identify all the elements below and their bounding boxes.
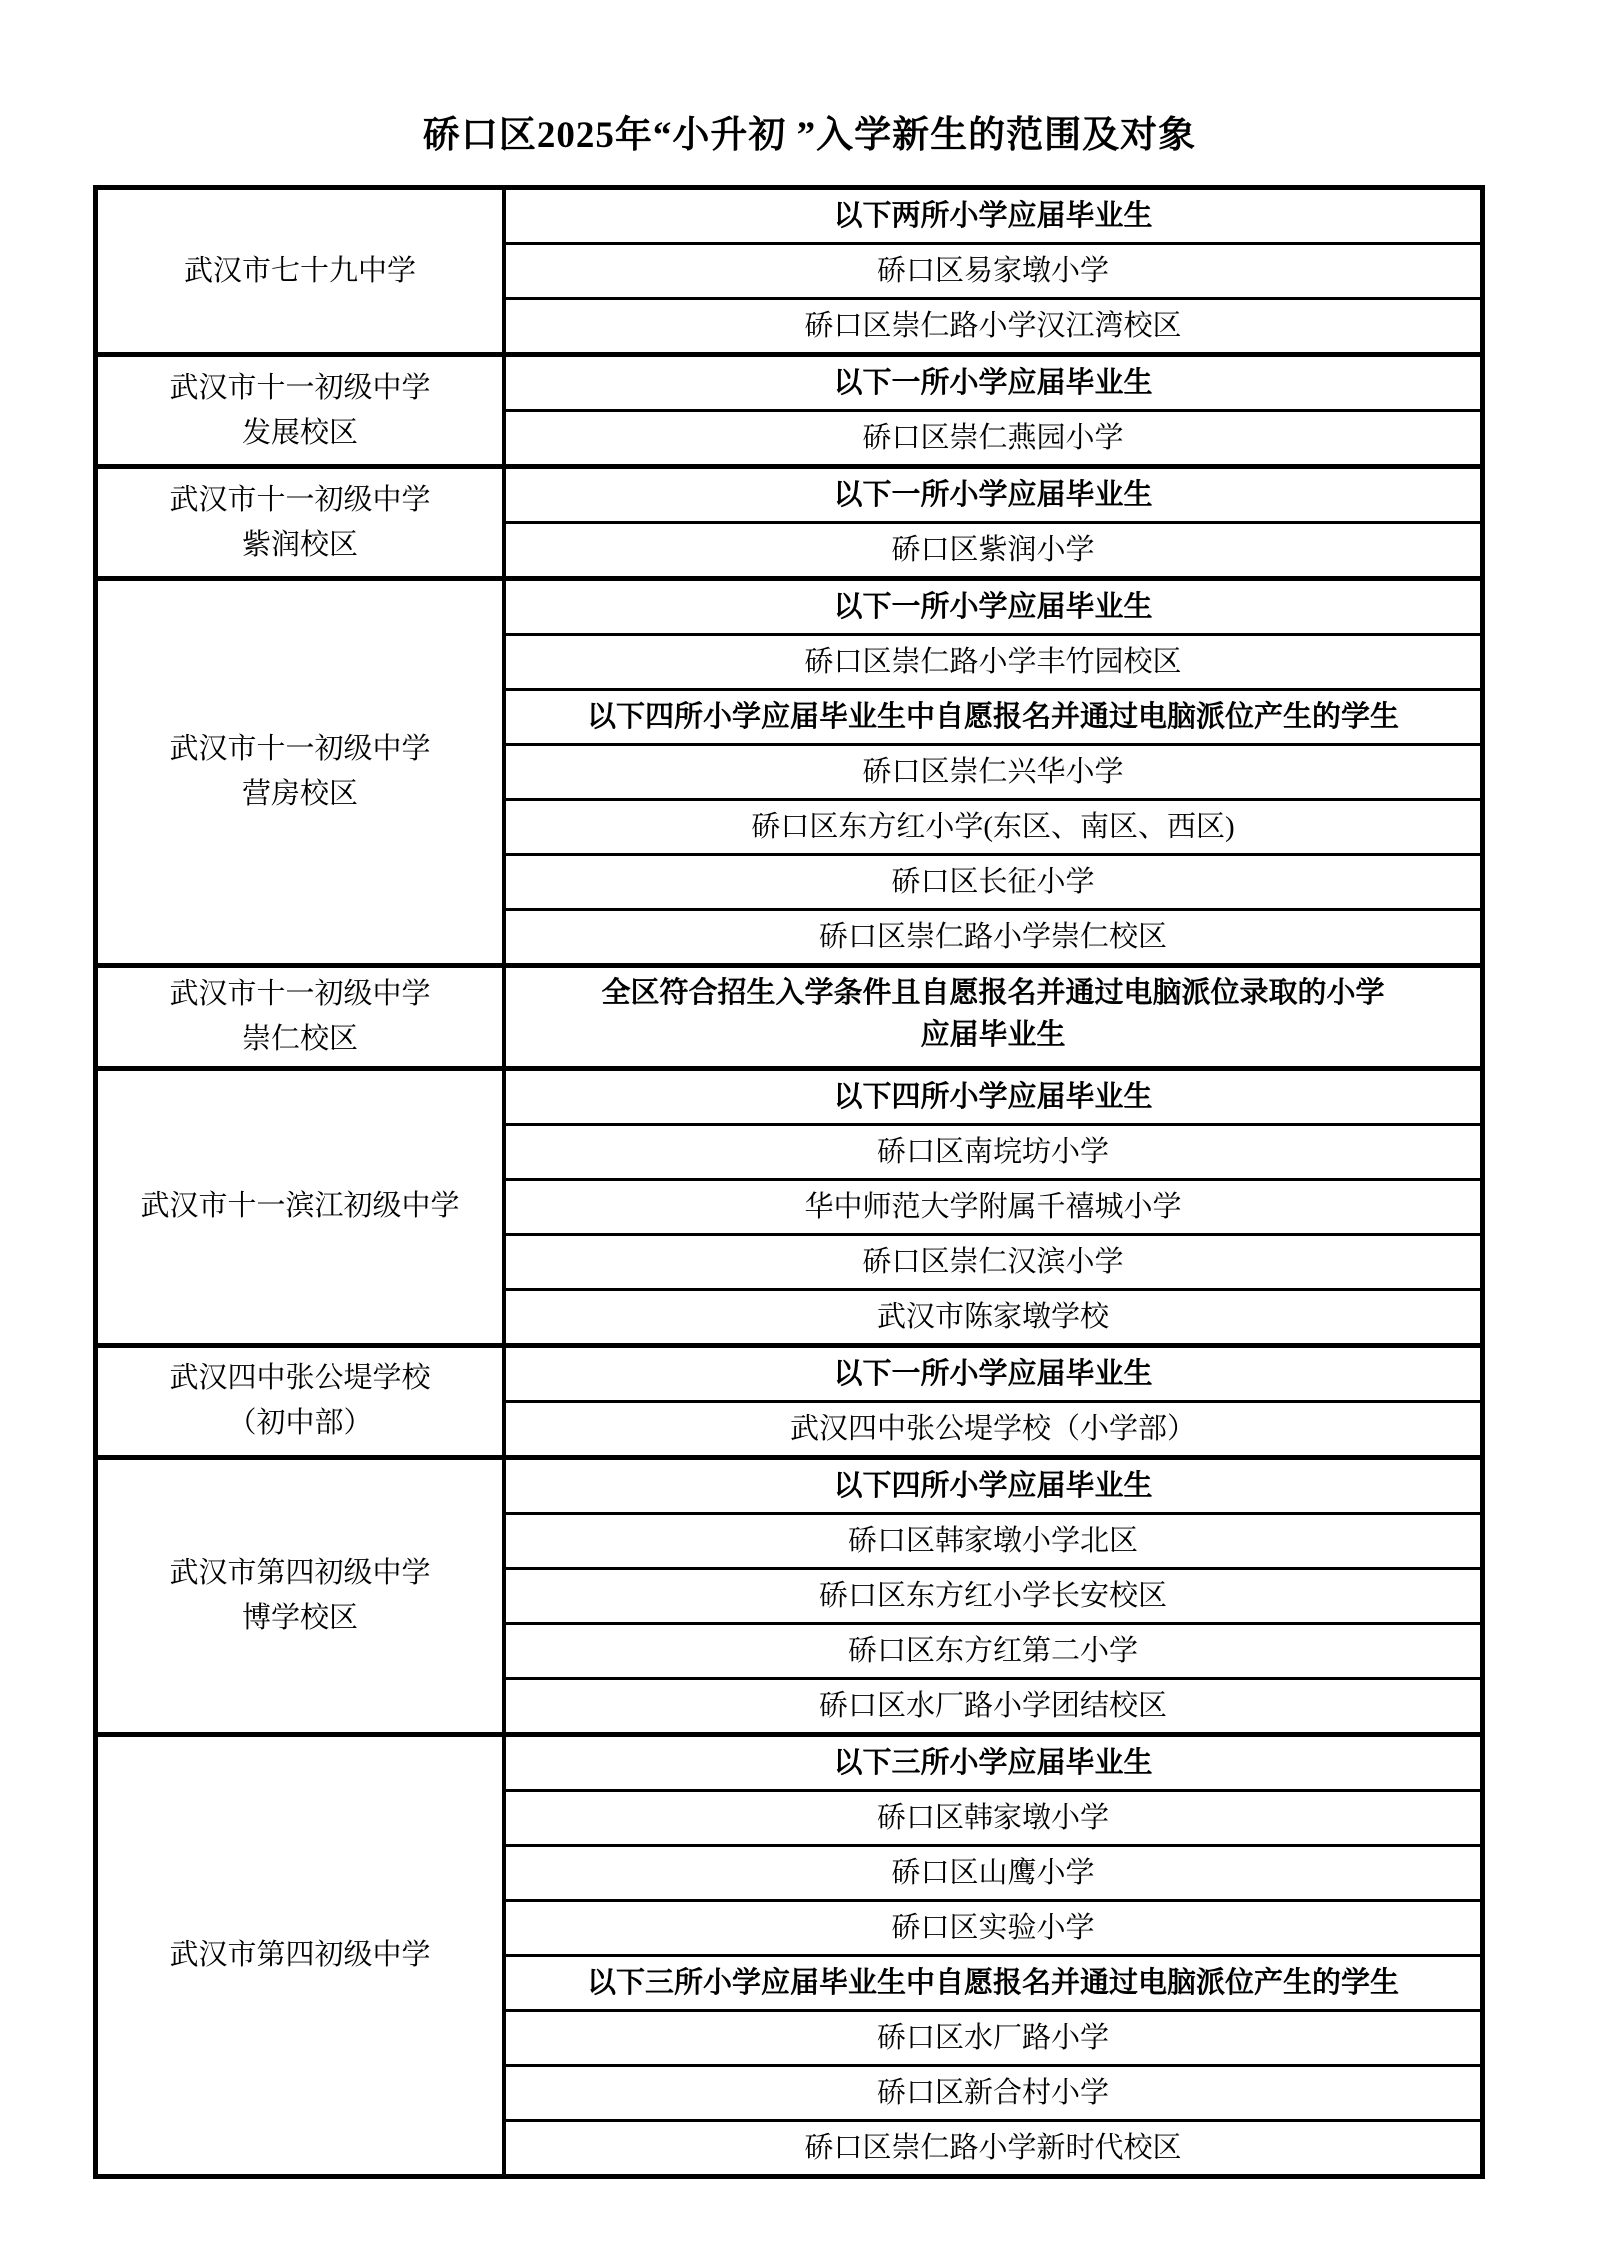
middle-school-name: 武汉市第四初级中学: [98, 1737, 506, 2174]
feeder-school: 硚口区崇仁路小学汉江湾校区: [506, 297, 1480, 352]
feeder-school: 硚口区南垸坊小学: [506, 1123, 1480, 1178]
feeder-school: 硚口区实验小学: [506, 1899, 1480, 1954]
feeder-school: 硚口区崇仁兴华小学: [506, 743, 1480, 798]
feeder-school: 武汉市陈家墩学校: [506, 1288, 1480, 1343]
middle-school-name: 武汉市十一初级中学 崇仁校区: [98, 968, 506, 1066]
section-no11-chongren-campus: 武汉市十一初级中学 崇仁校区 全区符合招生入学条件且自愿报名并通过电脑派位录取的…: [98, 963, 1480, 1066]
feeder-school: 硚口区韩家墩小学: [506, 1789, 1480, 1844]
feeder-rows: 全区符合招生入学条件且自愿报名并通过电脑派位录取的小学 应届毕业生: [506, 968, 1480, 1066]
feeder-group-header: 以下一所小学应届毕业生: [506, 1348, 1480, 1400]
feeder-group-header: 以下四所小学应届毕业生中自愿报名并通过电脑派位产生的学生: [506, 688, 1480, 743]
feeder-school: 硚口区崇仁燕园小学: [506, 409, 1480, 464]
feeder-group-header: 以下一所小学应届毕业生: [506, 581, 1480, 633]
feeder-rows: 以下一所小学应届毕业生 硚口区崇仁路小学丰竹园校区 以下四所小学应届毕业生中自愿…: [506, 581, 1480, 963]
section-no4-junior-middle-school: 武汉市第四初级中学 以下三所小学应届毕业生 硚口区韩家墩小学 硚口区山鹰小学 硚…: [98, 1732, 1480, 2174]
feeder-group-header: 以下三所小学应届毕业生中自愿报名并通过电脑派位产生的学生: [506, 1954, 1480, 2009]
feeder-rows: 以下四所小学应届毕业生 硚口区南垸坊小学 华中师范大学附属千禧城小学 硚口区崇仁…: [506, 1071, 1480, 1343]
middle-school-name: 武汉市第四初级中学 博学校区: [98, 1460, 506, 1732]
feeder-rows: 以下三所小学应届毕业生 硚口区韩家墩小学 硚口区山鹰小学 硚口区实验小学 以下三…: [506, 1737, 1480, 2174]
feeder-group-header: 以下一所小学应届毕业生: [506, 469, 1480, 521]
feeder-group-header: 以下一所小学应届毕业生: [506, 357, 1480, 409]
feeder-school: 硚口区紫润小学: [506, 521, 1480, 576]
section-no11-fazhan-campus: 武汉市十一初级中学 发展校区 以下一所小学应届毕业生 硚口区崇仁燕园小学: [98, 352, 1480, 464]
feeder-school: 硚口区山鹰小学: [506, 1844, 1480, 1899]
feeder-school: 硚口区东方红第二小学: [506, 1622, 1480, 1677]
feeder-school: 硚口区新合村小学: [506, 2064, 1480, 2119]
section-no11-yingfang-campus: 武汉市十一初级中学 营房校区 以下一所小学应届毕业生 硚口区崇仁路小学丰竹园校区…: [98, 576, 1480, 963]
feeder-school: 硚口区崇仁路小学新时代校区: [506, 2119, 1480, 2174]
middle-school-name: 武汉市十一初级中学 营房校区: [98, 581, 506, 963]
feeder-rows: 以下一所小学应届毕业生 硚口区崇仁燕园小学: [506, 357, 1480, 464]
feeder-school: 武汉四中张公堤学校（小学部）: [506, 1400, 1480, 1455]
middle-school-name: 武汉市七十九中学: [98, 190, 506, 352]
feeder-school: 硚口区崇仁汉滨小学: [506, 1233, 1480, 1288]
feeder-school: 硚口区东方红小学长安校区: [506, 1567, 1480, 1622]
middle-school-name: 武汉市十一初级中学 发展校区: [98, 357, 506, 464]
feeder-rows: 以下四所小学应届毕业生 硚口区韩家墩小学北区 硚口区东方红小学长安校区 硚口区东…: [506, 1460, 1480, 1732]
feeder-school: 硚口区东方红小学(东区、南区、西区): [506, 798, 1480, 853]
feeder-rows: 以下一所小学应届毕业生 硚口区紫润小学: [506, 469, 1480, 576]
feeder-school: 硚口区易家墩小学: [506, 242, 1480, 297]
middle-school-name: 武汉市十一初级中学 紫润校区: [98, 469, 506, 576]
feeder-school: 硚口区长征小学: [506, 853, 1480, 908]
feeder-group-header: 以下四所小学应届毕业生: [506, 1460, 1480, 1512]
enrollment-table: 武汉市七十九中学 以下两所小学应届毕业生 硚口区易家墩小学 硚口区崇仁路小学汉江…: [93, 185, 1485, 2179]
middle-school-name: 武汉四中张公堤学校 （初中部）: [98, 1348, 506, 1455]
feeder-group-header: 以下两所小学应届毕业生: [506, 190, 1480, 242]
feeder-school: 硚口区水厂路小学团结校区: [506, 1677, 1480, 1732]
page-title: 硚口区2025年“小升初 ”入学新生的范围及对象: [0, 104, 1619, 158]
section-no11-zirun-campus: 武汉市十一初级中学 紫润校区 以下一所小学应届毕业生 硚口区紫润小学: [98, 464, 1480, 576]
middle-school-name: 武汉市十一滨江初级中学: [98, 1071, 506, 1343]
feeder-school: 硚口区崇仁路小学崇仁校区: [506, 908, 1480, 963]
feeder-school: 硚口区崇仁路小学丰竹园校区: [506, 633, 1480, 688]
feeder-school: 硚口区韩家墩小学北区: [506, 1512, 1480, 1567]
feeder-group-header: 全区符合招生入学条件且自愿报名并通过电脑派位录取的小学 应届毕业生: [506, 968, 1480, 1060]
feeder-school: 硚口区水厂路小学: [506, 2009, 1480, 2064]
feeder-school: 华中师范大学附属千禧城小学: [506, 1178, 1480, 1233]
feeder-rows: 以下两所小学应届毕业生 硚口区易家墩小学 硚口区崇仁路小学汉江湾校区: [506, 190, 1480, 352]
feeder-rows: 以下一所小学应届毕业生 武汉四中张公堤学校（小学部）: [506, 1348, 1480, 1455]
section-no11-binjiang-middle-school: 武汉市十一滨江初级中学 以下四所小学应届毕业生 硚口区南垸坊小学 华中师范大学附…: [98, 1066, 1480, 1343]
section-no4-boxue-campus: 武汉市第四初级中学 博学校区 以下四所小学应届毕业生 硚口区韩家墩小学北区 硚口…: [98, 1455, 1480, 1732]
feeder-group-header: 以下四所小学应届毕业生: [506, 1071, 1480, 1123]
section-no4-zhanggongdi-school: 武汉四中张公堤学校 （初中部） 以下一所小学应届毕业生 武汉四中张公堤学校（小学…: [98, 1343, 1480, 1455]
section-no79-middle-school: 武汉市七十九中学 以下两所小学应届毕业生 硚口区易家墩小学 硚口区崇仁路小学汉江…: [98, 190, 1480, 352]
feeder-group-header: 以下三所小学应届毕业生: [506, 1737, 1480, 1789]
